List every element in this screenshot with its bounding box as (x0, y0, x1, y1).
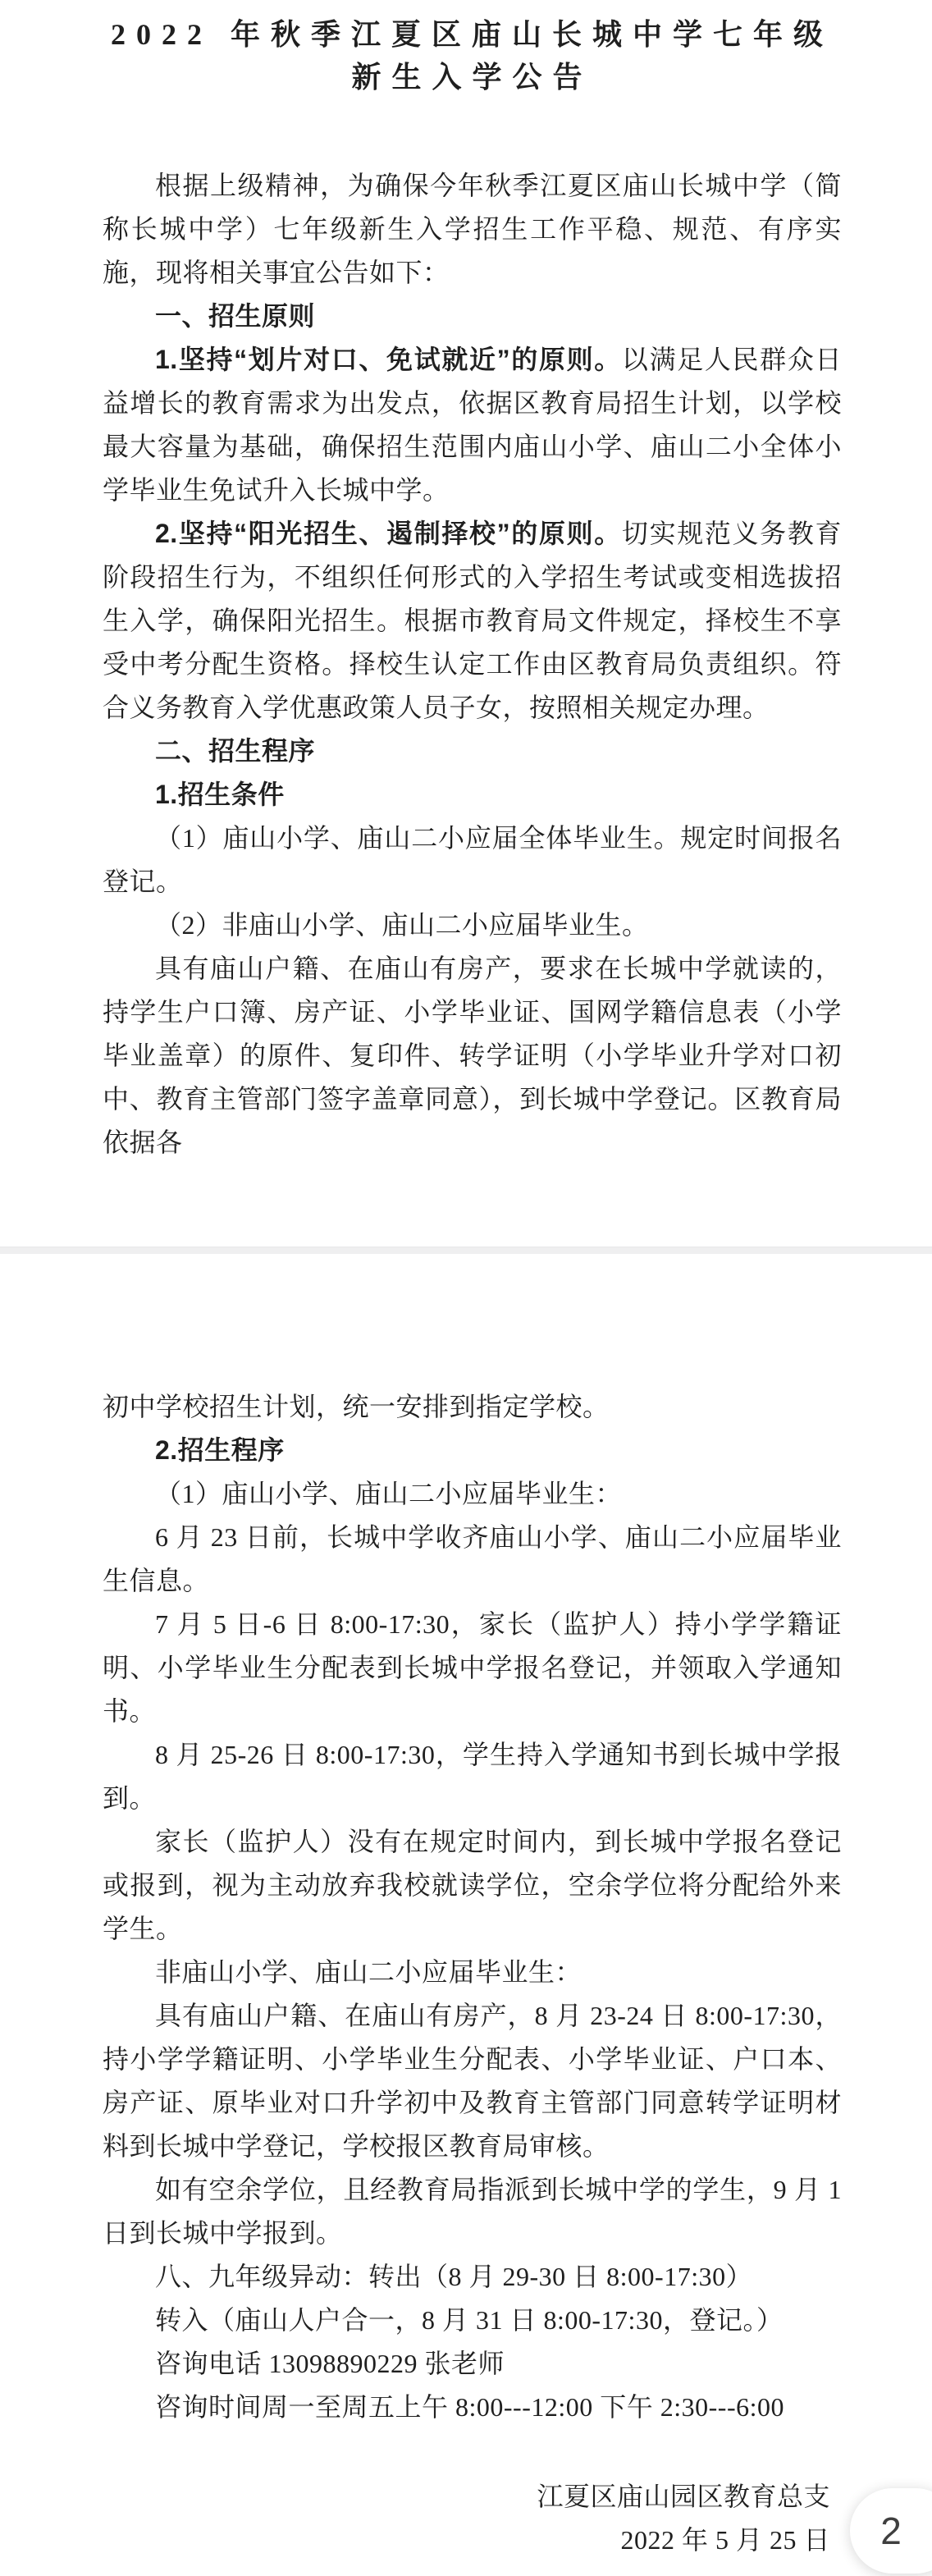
document-page-1: 2022 年秋季江夏区庙山长城中学七年级 新生入学公告 根据上级精神，为确保今年… (0, 0, 932, 1247)
paragraph-condition-2-detail: 具有庙山户籍、在庙山有房产，要求在长城中学就读的，持学生户口簿、房产证、小学毕业… (103, 947, 842, 1164)
paragraph-grade9-move-in: 转入（庙山人户合一，8 月 31 日 8:00-17:30，登记。） (103, 2299, 842, 2342)
heading-enrollment-procedure: 二、招生程序 (103, 730, 842, 773)
paragraph-item-2: 非庙山小学、庙山二小应届毕业生： (103, 1951, 842, 1994)
paragraph-step-2: 7 月 5 日-6 日 8:00-17:30，家长（监护人）持小学学籍证明、小学… (103, 1603, 842, 1733)
principle-2-bold-lead: 2.坚持“阳光招生、遏制择校”的原则。 (155, 519, 622, 548)
paragraph-step-6: 如有空余学位，且经教育局指派到长城中学的学生，9 月 1 日到长城中学报到。 (103, 2168, 842, 2255)
paragraph-contact-phone: 咨询电话 13098890229 张老师 (103, 2342, 842, 2386)
heading-enrollment-conditions: 1.招生条件 (103, 773, 842, 817)
paragraph-grade9-move-out: 八、九年级异动：转出（8 月 29-30 日 8:00-17:30） (103, 2255, 842, 2299)
document-title-line-2: 新生入学公告 (103, 56, 842, 98)
paragraph-intro: 根据上级精神，为确保今年秋季江夏区庙山长城中学（简称长城中学）七年级新生入学招生… (103, 164, 842, 295)
paragraph-continuation: 初中学校招生计划，统一安排到指定学校。 (103, 1385, 842, 1429)
paragraph-contact-hours: 咨询时间周一至周五上午 8:00---12:00 下午 2:30---6:00 (103, 2386, 842, 2429)
document-title-line-1: 2022 年秋季江夏区庙山长城中学七年级 (103, 13, 842, 56)
page-number-label: 2 (880, 2509, 902, 2553)
document-viewer: 2022 年秋季江夏区庙山长城中学七年级 新生入学公告 根据上级精神，为确保今年… (0, 0, 932, 2576)
page-number-indicator[interactable]: 2 (850, 2488, 932, 2574)
principle-1-bold-lead: 1.坚持“划片对口、免试就近”的原则。 (155, 345, 622, 374)
paragraph-principle-1: 1.坚持“划片对口、免试就近”的原则。以满足人民群众日益增长的教育需求为出发点，… (103, 338, 842, 512)
paragraph-item-1: （1）庙山小学、庙山二小应届毕业生： (103, 1472, 842, 1516)
paragraph-condition-1: （1）庙山小学、庙山二小应届全体毕业生。规定时间报名登记。 (103, 817, 842, 904)
paragraph-step-3: 8 月 25-26 日 8:00-17:30，学生持入学通知书到长城中学报到。 (103, 1733, 842, 1820)
paragraph-principle-2: 2.坚持“阳光招生、遏制择校”的原则。切实规范义务教育阶段招生行为，不组织任何形… (103, 512, 842, 730)
signature-organization: 江夏区庙山园区教育总支 (103, 2475, 842, 2519)
paragraph-step-4: 家长（监护人）没有在规定时间内，到长城中学报名登记或报到，视为主动放弃我校就读学… (103, 1820, 842, 1951)
paragraph-condition-2: （2）非庙山小学、庙山二小应届毕业生。 (103, 904, 842, 947)
heading-procedure-2: 2.招生程序 (103, 1429, 842, 1472)
document-page-2: 初中学校招生计划，统一安排到指定学校。 2.招生程序 （1）庙山小学、庙山二小应… (0, 1254, 932, 2576)
heading-enrollment-principles: 一、招生原则 (103, 295, 842, 338)
principle-2-body: 切实规范义务教育阶段招生行为，不组织任何形式的入学招生考试或变相选拔招生入学，确… (103, 519, 842, 722)
paragraph-step-5: 具有庙山户籍、在庙山有房产，8 月 23-24 日 8:00-17:30，持小学… (103, 1994, 842, 2168)
document-title: 2022 年秋季江夏区庙山长城中学七年级 新生入学公告 (103, 13, 842, 98)
paragraph-step-1: 6 月 23 日前，长城中学收齐庙山小学、庙山二小应届毕业生信息。 (103, 1516, 842, 1603)
signature-date: 2022 年 5 月 25 日 (103, 2519, 842, 2562)
page-break-divider (0, 1247, 932, 1254)
